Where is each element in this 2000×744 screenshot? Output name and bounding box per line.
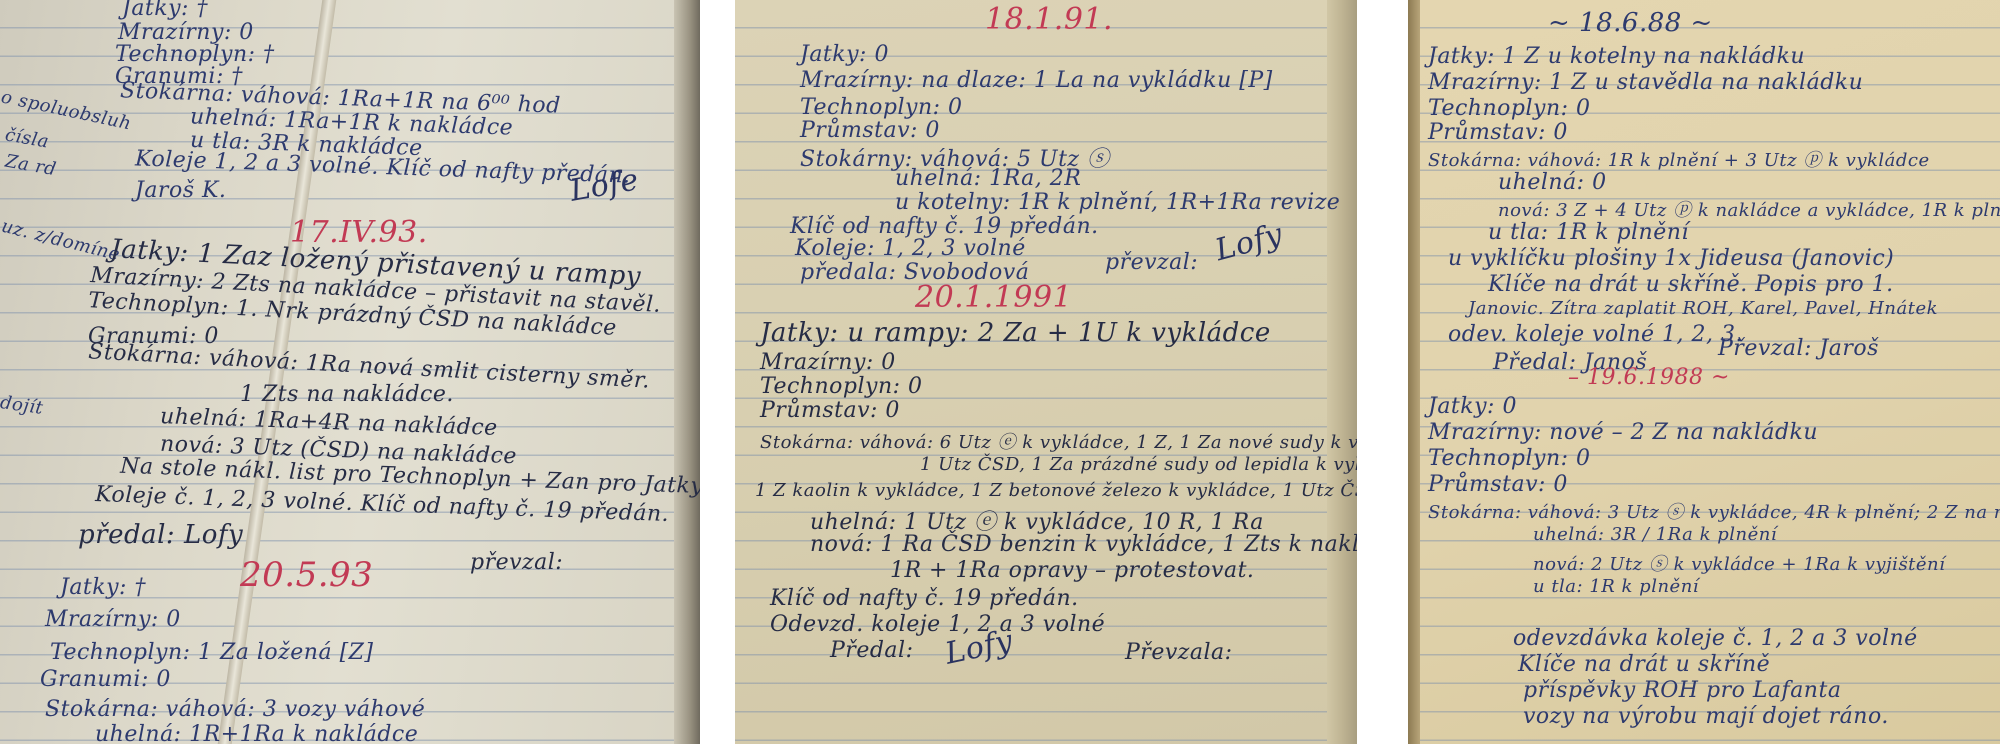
entry-line: Janovic. Zítra zaplatit ROH, Karel, Pave… bbox=[1468, 298, 1938, 319]
entry-line: příspěvky ROH pro Lafanta bbox=[1523, 678, 1841, 703]
entry-line: Technoplyn: 0 bbox=[760, 374, 923, 399]
received-by: Převzala: bbox=[1125, 640, 1233, 665]
entry-line: Jaroš K. bbox=[135, 178, 226, 203]
entry-line: Stokárna: váhová: 6 Utz ⓔ k vykládce, 1 … bbox=[760, 428, 1357, 454]
logbook-photo-3: ~ 18.6.88 ~ Jatky: 1 Z u kotelny na nakl… bbox=[1408, 0, 2000, 744]
entry-line: Jatky: u rampy: 2 Za + 1U k vykládce bbox=[760, 318, 1271, 348]
entry-line: u tla: 1R k plnění bbox=[1488, 220, 1689, 245]
entry-line: Technoplyn: 0 bbox=[1428, 96, 1591, 121]
entry-line: uhelná: 0 bbox=[1498, 170, 1607, 195]
entry-line: Klíče na drát u skříně bbox=[1518, 652, 1770, 677]
entry-line: Mrazírny: nové – 2 Z na nakládku bbox=[1428, 420, 1818, 445]
entry-line: Klíče na drát u skříně. Popis pro 1. bbox=[1488, 272, 1894, 297]
entry-line: Granumi: 0 bbox=[40, 667, 171, 692]
handed-over-by: předal: Lofy bbox=[78, 520, 243, 550]
entry-line: 1 Z kaolin k vykládce, 1 Z betonové žele… bbox=[755, 480, 1357, 501]
received-by: převzal: bbox=[1105, 250, 1198, 275]
entry-line: vozy na výrobu mají dojet ráno. bbox=[1523, 704, 1889, 729]
handed-over-by: Předal: bbox=[830, 638, 914, 663]
entry-line: Průmstav: 0 bbox=[1428, 120, 1568, 145]
entry-line: Technoplyn: 0 bbox=[800, 95, 963, 120]
entry-date: 18.1.91. bbox=[985, 2, 1113, 37]
entry-date: ~ 18.6.88 ~ bbox=[1548, 8, 1713, 38]
entry-line: u tla: 1R k plnění bbox=[1533, 576, 1699, 597]
received-by: Převzal: Jaroš bbox=[1718, 336, 1879, 361]
received-by: převzal: bbox=[470, 550, 563, 575]
entry-line: Mrazírny: 0 bbox=[45, 607, 181, 632]
entry-line: Stokárna: váhová: 3 Utz ⓢ k vykládce, 4R… bbox=[1428, 498, 2000, 524]
entry-line: Mrazírny: 0 bbox=[760, 350, 896, 375]
entry-line: uhelná: 1R+1Ra k nakládce bbox=[95, 722, 418, 744]
entry-line: u kotelny: 1R k plnění, 1R+1Ra revize bbox=[895, 190, 1340, 215]
entry-line: nová: 2 Utz ⓢ k vykládce + 1Ra k vyjiště… bbox=[1533, 550, 1945, 576]
entry-line: Stokárna: váhová: 3 vozy váhové bbox=[45, 697, 425, 722]
entry-line: uhelná: 3R / 1Ra k plnění bbox=[1533, 524, 1777, 545]
entry-line: Mrazírny: na dlaze: 1 La na vykládku [P] bbox=[800, 68, 1273, 93]
entry-line: Odevzd. koleje 1, 2 a 3 volné bbox=[770, 612, 1105, 637]
logbook-photo-1: o spoluobsluh čísla Za rd uz. z/domíne d… bbox=[0, 0, 700, 744]
entry-line: odevzdávka koleje č. 1, 2 a 3 volné bbox=[1513, 626, 1918, 651]
entry-line: u vyklíčku plošiny 1x Jideusa (Janovic) bbox=[1448, 246, 1894, 271]
entry-line: Jatky: † bbox=[60, 575, 146, 600]
page-edge bbox=[1327, 0, 1357, 744]
entry-line: Koleje: 1, 2, 3 volné bbox=[795, 236, 1026, 261]
entry-date: 20.5.93 bbox=[240, 555, 373, 595]
entry-line: nová: 3 Z + 4 Utz ⓟ k nakládce a vykládc… bbox=[1498, 196, 2000, 222]
entry-line: uhelná: 1Ra, 2R bbox=[895, 166, 1081, 191]
entry-line: Stokárna: váhová: 1R k plnění + 3 Utz ⓟ … bbox=[1428, 146, 1930, 172]
entry-date: 20.1.1991 bbox=[915, 280, 1072, 315]
entry-line: Jatky: † bbox=[122, 0, 208, 21]
entry-line: Technoplyn: 0 bbox=[1428, 446, 1591, 471]
entry-line: Jatky: 1 Z u kotelny na nakládku bbox=[1428, 44, 1805, 69]
entry-line: Průmstav: 0 bbox=[760, 398, 900, 423]
entry-line: Mrazírny: 1 Z u stavědla na nakládku bbox=[1428, 70, 1863, 95]
page-edge bbox=[674, 0, 700, 744]
entry-line: Klíč od nafty č. 19 předán. bbox=[770, 586, 1079, 611]
notebook-binding bbox=[1408, 0, 1420, 744]
entry-line: 1 Utz ČSD, 1 Za prázdné sudy od lepidla … bbox=[920, 454, 1357, 475]
entry-line: Průmstav: 0 bbox=[800, 118, 940, 143]
logbook-photo-2: 18.1.91. Jatky: 0 Mrazírny: na dlaze: 1 … bbox=[735, 0, 1357, 744]
entry-line: 1R + 1Ra opravy – protestovat. bbox=[890, 558, 1254, 583]
entry-date: – 19.6.1988 ~ bbox=[1568, 365, 1730, 390]
entry-line: Technoplyn: 1 Za ložená [Z] bbox=[50, 640, 374, 665]
entry-line: Jatky: 0 bbox=[800, 42, 889, 67]
entry-line: 1 Zts na nakládce. bbox=[240, 382, 454, 407]
entry-line: odev. koleje volné 1, 2, 3. bbox=[1448, 322, 1743, 347]
entry-line: nová: 1 Ra ČSD benzin k vykládce, 1 Zts … bbox=[810, 532, 1357, 557]
entry-line: Průmstav: 0 bbox=[1428, 472, 1568, 497]
entry-line: Jatky: 0 bbox=[1428, 394, 1517, 419]
